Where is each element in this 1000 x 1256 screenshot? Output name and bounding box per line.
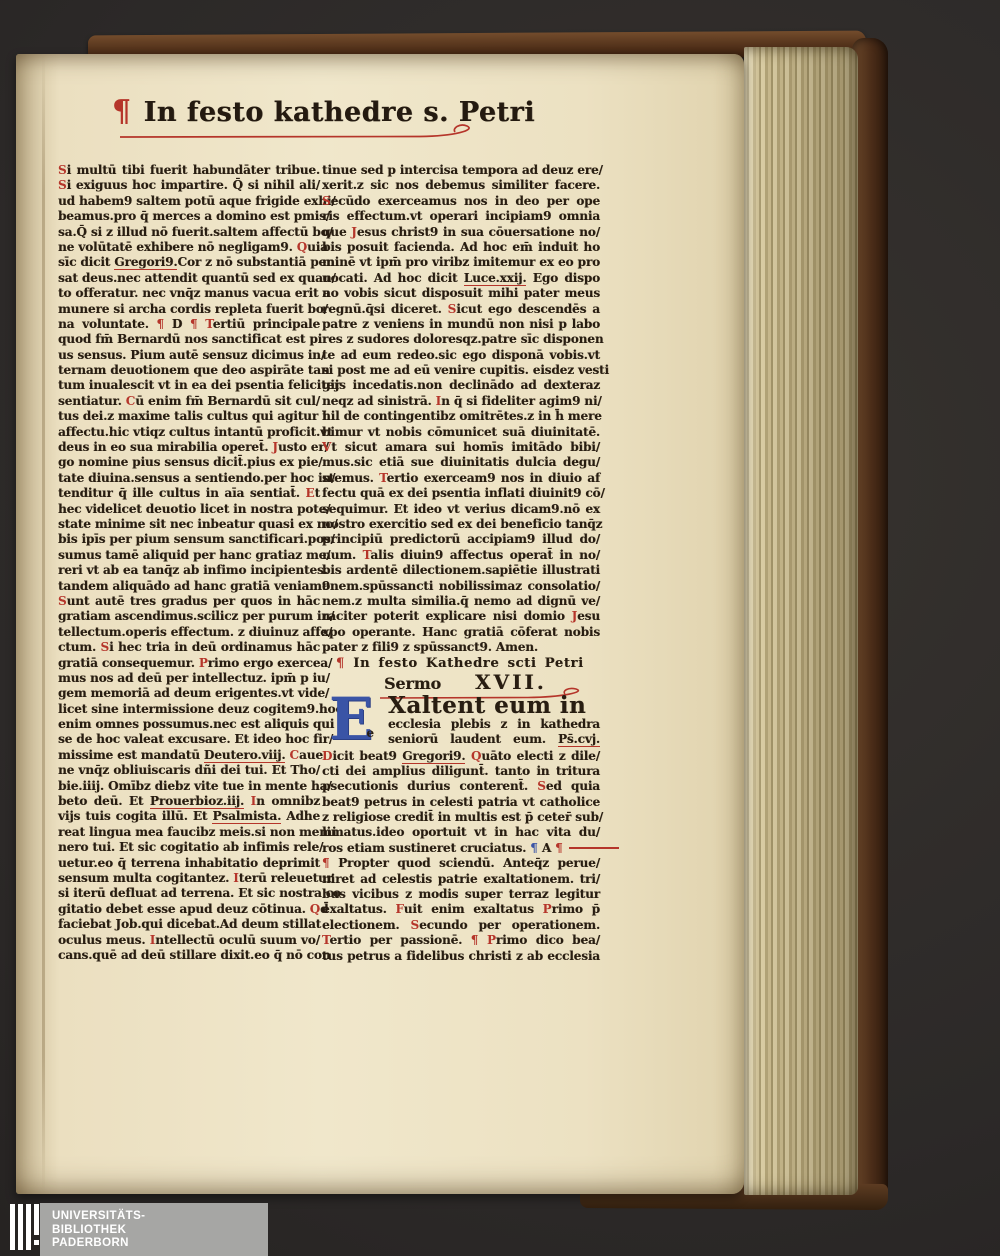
text-run: gratiā consequemur. — [58, 656, 199, 670]
text-run: bis posuit facienda. Ad hoc em̄ induit h… — [322, 240, 600, 254]
text-line: sensum multa cogitantez. Iterū releuetur — [58, 871, 320, 886]
text-run: P — [487, 933, 496, 947]
text-line: ros etiam sustineret cruciatus. ¶ A ¶ — [322, 841, 600, 856]
text-run: missime est mandatū — [58, 748, 204, 762]
text-run: t sicut amara sui homīs imitādo bibi/ — [331, 440, 600, 454]
text-run: que — [322, 225, 351, 239]
text-run: ne vnq̄z obliuiscaris dñi dei tui. Et Th… — [58, 763, 320, 777]
text-run: tate diuina.sensus a sentiendo.per hoc i… — [58, 471, 335, 485]
text-run: to offeratur. nec vnq̄z manus vacua erit… — [58, 286, 330, 300]
text-run: ne volūtatē exhibere nō negligam9. — [58, 240, 297, 254]
text-run: ntellectū oculū suum vo/ — [155, 933, 320, 947]
text-run: res z sudores doloresqz.patre sīc dispon… — [322, 332, 603, 346]
text-run: V — [322, 440, 331, 454]
text-line: num. Talis diuin9 affectus operat̄ in no… — [322, 548, 600, 563]
text-run: F — [396, 902, 404, 916]
text-run: i multū tibi fuerit habundāter tribue. — [67, 163, 320, 177]
text-run: S — [448, 302, 457, 316]
text-line: xerit.z sic nos debemus similiter facere… — [322, 178, 600, 193]
logo-bar — [26, 1204, 31, 1250]
logo-text-line1: UNIVERSITÄTS- — [52, 1210, 268, 1224]
text-run: uocati. Ad hoc dicit — [322, 271, 464, 285]
text-line: se de hoc valeat excusare. Et ideo hoc f… — [58, 732, 320, 747]
text-run: bie.iiij. Omībz diebz vite tue in mente … — [58, 779, 332, 793]
text-run: Adhe — [281, 809, 320, 823]
text-line: sequimur. Et ideo vt verius dicam9.nō ex — [322, 502, 600, 517]
text-run: ecundo per operationem. — [419, 918, 600, 932]
text-run: sensum multa cogitantez. — [58, 871, 233, 885]
digitized-book-photo: ¶In festo kathedre s. Petri Si multū tib… — [0, 0, 1000, 1256]
text-run: P — [199, 656, 208, 670]
text-run: C — [126, 394, 135, 408]
text-run: Ps̄.cvj. — [558, 732, 600, 747]
text-run: E — [305, 486, 314, 500]
text-line: reat lingua mea faucibz meis.si non memi — [58, 825, 320, 840]
text-run: bus vicibus z modis super terraz legitur — [322, 887, 600, 901]
text-run: sīc dicit — [58, 255, 114, 269]
page-gutter-crease — [42, 54, 45, 1194]
text-run: seniorū laudent eum. — [388, 732, 558, 746]
text-line: electionem. Secundo per operationem. — [322, 918, 600, 933]
text-run: sa.Q̄ si z illud nō fuerit.saltem affect… — [58, 225, 333, 239]
text-run: gitatio debet esse apud deuz cōtinua. — [58, 902, 310, 916]
text-run: n omnibz — [256, 794, 320, 808]
text-run: fectu quā ex dei psentia inflati diuinit… — [322, 486, 605, 500]
text-run: rimo dico bea/ — [496, 933, 600, 947]
text-line: bis posuit facienda. Ad hoc em̄ induit h… — [322, 240, 600, 255]
text-run: xpo operante. Hanc gratiā cōferat nobis — [322, 625, 600, 639]
text-run: ris effectum.vt operari incipiam9 omnia — [322, 209, 600, 223]
text-run: uit enim exaltatus — [404, 902, 543, 916]
text-line: bie.iiij. Omībz diebz vite tue in mente … — [58, 779, 320, 794]
text-run: Ego dispo — [526, 271, 600, 285]
text-line: cti dei amplius diligunt̄. tanto in trit… — [322, 764, 600, 779]
text-run: ¶ — [471, 933, 487, 947]
text-run: principiū predictorū accipiam9 illud do/ — [322, 532, 600, 546]
text-line: ternam deuotionem que deo aspirāte tan — [58, 363, 320, 378]
text-run: Q — [297, 240, 307, 254]
text-line: onem.spūssancti nobilissimaz consolatio/ — [322, 579, 600, 594]
text-line: tus dei.z maxime talis cultus qui agitur… — [58, 409, 320, 424]
text-run: tenditur q̄ ille cultus in aīa sentiat̄. — [58, 486, 305, 500]
text-run: te ad eum redeo.sic ego disponā vobis.vt — [322, 348, 600, 362]
text-run: beat9 petrus in celesti patria vt cathol… — [322, 795, 600, 809]
text-line: Sunt autē tres gradus per quos in hāc — [58, 594, 320, 609]
text-run: ecclesia plebis z in kathedra — [388, 717, 600, 731]
library-logo-bars-icon — [10, 1204, 39, 1250]
text-run: S — [101, 640, 110, 654]
text-line: nostro exercitio sed ex dei beneficio ta… — [322, 517, 600, 532]
text-line: Si multū tibi fuerit habundāter tribue. — [58, 163, 320, 178]
text-run: bis ipīs per pium sensum sanctificari.po… — [58, 532, 335, 546]
text-run: affectu.hic vtiqz cultus intantū profici… — [58, 425, 332, 439]
text-line: ecclesia plebis z in kathedra — [388, 717, 600, 732]
text-line: niret ad celestis patrie exaltationem. t… — [322, 872, 600, 887]
text-run: pater z fili9 z spūssanct9. Amen. — [322, 640, 538, 654]
text-run: ¶ — [530, 841, 542, 855]
text-run: ecūdo exerceamus nos in deo per ope — [331, 194, 600, 208]
text-line: us sensus. Pium autē sensuz dicimus in/ — [58, 348, 320, 363]
text-line: que Jesus christ9 in sua cōuersatione no… — [322, 225, 600, 240]
text-run: sumus tamē aliquid per hanc gratiaz me/ — [58, 548, 330, 562]
text-line: licet sine intermissione deuz cogitem9.h… — [58, 702, 320, 717]
text-run: us sensus. Pium autē sensuz dicimus in/ — [58, 348, 325, 362]
text-run: exaltatus. — [322, 902, 396, 916]
text-line: si post me ad eū venire cupitis. eisdez … — [322, 363, 600, 378]
text-run — [569, 847, 619, 849]
text-line: bimur vt nobis cōmunicet suā diuinitatē. — [322, 425, 600, 440]
text-run: esu — [577, 609, 600, 623]
text-run: nero tui. Et sic cogitatio ab infimis re… — [58, 840, 323, 854]
text-line: no vobis sicut disposuit mihi pater meus — [322, 286, 600, 301]
red-paragraph-mark: ¶ — [112, 94, 132, 129]
text-run: licet sine intermissione deuz cogitem9.h… — [58, 702, 343, 716]
text-run: munere si archa cordis repleta fuerit bo… — [58, 302, 328, 316]
text-run: enim omnes possumus.nec est aliquis qui — [58, 717, 334, 731]
text-line: enim omnes possumus.nec est aliquis qui — [58, 717, 320, 732]
text-line: Secūdo exerceamus nos in deo per ope — [322, 194, 600, 209]
text-run: C — [290, 748, 299, 762]
text-line: sat deus.nec attendit quantū sed ex quan… — [58, 271, 320, 286]
text-run: bimur vt nobis cōmunicet suā diuinitatē. — [322, 425, 600, 439]
guide-letter: e — [367, 727, 375, 739]
text-run: ternam deuotionem que deo aspirāte tan — [58, 363, 330, 377]
text-run: S — [537, 779, 546, 793]
logo-bar-column — [34, 1204, 39, 1245]
text-run: num. — [322, 548, 363, 562]
illuminated-initial: Ee — [320, 695, 382, 747]
page-stack-fore-edge — [744, 47, 858, 1195]
text-line: tandem aliquādo ad hanc gratiā veniam9 — [58, 579, 320, 594]
text-run: mus nos ad deū per intellectuz. ipm̄ p i… — [58, 671, 330, 685]
text-run: ros etiam sustineret cruciatus. — [322, 841, 530, 855]
text-run: xerit.z sic nos debemus similiter facere… — [322, 178, 600, 192]
initial-adjacent-lines: Xaltent eum inecclesia plebis z in kathe… — [388, 695, 600, 748]
text-line: to offeratur. nec vnq̄z manus vacua erit… — [58, 286, 320, 301]
text-run: Deutero.viij. — [204, 748, 286, 763]
text-run: i hec tria in deū ordinamus hāc — [109, 640, 320, 654]
text-line: oculus meus. Intellectū oculū suum vo/ — [58, 933, 320, 948]
text-run: tellectum.operis effectum. z diuinuz aff… — [58, 625, 332, 639]
text-run: ū enim fm̄ Bernardū sit cul/ — [135, 394, 320, 408]
text-line: Vt sicut amara sui homīs imitādo bibi/ — [322, 440, 600, 455]
text-run: cti dei amplius diligunt̄. tanto in trit… — [322, 764, 600, 778]
text-run: beamus.pro q̄ merces a domino est pmis/ — [58, 209, 330, 223]
text-run: tandem aliquādo ad hanc gratiā veniam9 — [58, 579, 330, 593]
text-run: gijs incedatis.non declinādo ad dexteraz — [322, 378, 600, 392]
text-run: stemus. — [322, 471, 379, 485]
text-line: munere si archa cordis repleta fuerit bo… — [58, 302, 320, 317]
text-line: xpo operante. Hanc gratiā cōferat nobis — [322, 625, 600, 640]
text-run: gem memoriā ad deum erigentes.vt vide/ — [58, 686, 329, 700]
text-line: reri vt ab ea tanq̄z ab infimo incipient… — [58, 563, 320, 578]
text-line: beamus.pro q̄ merces a domino est pmis/ — [58, 209, 320, 224]
text-line: tenditur q̄ ille cultus in aīa sentiat̄.… — [58, 486, 320, 501]
text-line: res z sudores doloresqz.patre sīc dispon… — [322, 332, 600, 347]
text-line: neqz ad sinistrā. In q̄ si fideliter agi… — [322, 394, 600, 409]
text-run: Prouerbioz.iij. — [150, 794, 244, 809]
text-line: gitatio debet esse apud deuz cōtinua. Qd… — [58, 902, 320, 917]
text-line: bis ipīs per pium sensum sanctificari.po… — [58, 532, 320, 547]
text-run: si iterū defluat ad terrena. Et sic nost… — [58, 886, 341, 900]
text-line: tellectum.operis effectum. z diuinuz aff… — [58, 625, 320, 640]
text-run: se de hoc valeat excusare. Et ideo hoc f… — [58, 732, 333, 746]
text-run: ¶ — [322, 856, 338, 870]
text-run: si post me ad eū venire cupitis. eisdez … — [322, 363, 609, 377]
text-run: Q — [310, 902, 320, 916]
text-line: z religiose credit̄ in multis est p̄ cet… — [322, 810, 600, 825]
library-logo-banner: UNIVERSITÄTS- BIBLIOTHEK PADERBORN — [40, 1203, 268, 1256]
text-line: missime est mandatū Deutero.viij. Caue — [58, 748, 320, 763]
text-line: ne vnq̄z obliuiscaris dñi dei tui. Et Th… — [58, 763, 320, 778]
text-run: reri vt ab ea tanq̄z ab infimo incipient… — [58, 563, 328, 577]
text-line: minē vt ipm̄ pro viribz imitemur ex eo p… — [322, 255, 600, 270]
text-run: electionem. — [322, 918, 411, 932]
text-run: icut ego descendēs a — [456, 302, 600, 316]
text-run: aue — [299, 748, 323, 762]
text-line: seniorū laudent eum. Ps̄.cvj. — [388, 732, 600, 747]
text-line: pater z fili9 z spūssanct9. Amen. — [322, 640, 600, 655]
text-run: P — [543, 902, 552, 916]
red-underline-flourish — [120, 127, 520, 147]
text-run: tus petrus a fidelibus christi z ab eccl… — [322, 949, 600, 963]
text-run: limatus.ideo oportuit vt in hac vita du/ — [322, 825, 600, 839]
text-run: S — [411, 918, 420, 932]
text-run: ¶ — [190, 317, 205, 331]
text-run: terū releuetur — [239, 871, 333, 885]
text-line: Xaltent eum in — [388, 695, 600, 717]
text-line: ne volūtatē exhibere nō negligam9. Quia — [58, 240, 320, 255]
text-run: hil de contingentibz omitrētes.z in h̄ m… — [322, 409, 602, 423]
text-run: esus christ9 in sua cōuersatione no/ — [357, 225, 600, 239]
text-line: exaltatus. Fuit enim exaltatus Primo p̄ — [322, 902, 600, 917]
text-run: hec videlicet deuotio licet in nostra po… — [58, 502, 330, 516]
text-line: bus vicibus z modis super terraz legitur — [322, 887, 600, 902]
text-line: sa.Q̄ si z illud nō fuerit.saltem affect… — [58, 225, 320, 240]
text-line: gijs incedatis.non declinādo ad dexteraz — [322, 378, 600, 393]
text-run: patre z veniens in mundū non nisi p labo — [322, 317, 600, 331]
text-run: z religiose credit̄ in multis est p̄ cet… — [322, 810, 603, 824]
text-line: mus nos ad deū per intellectuz. ipm̄ p i… — [58, 671, 320, 686]
sermon-feast-heading: ¶ In festo Kathedre scti Petri — [322, 656, 600, 671]
text-line: tus petrus a fidelibus christi z ab eccl… — [322, 949, 600, 964]
text-run: S — [58, 178, 67, 192]
column-left: Si multū tibi fuerit habundāter tribue.S… — [58, 163, 320, 963]
text-run: uetur.eo q̄ terrena inhabitatio deprimit — [58, 856, 320, 870]
text-line: cans.quē ad deū stillare dixit.eo q̄ nō … — [58, 948, 320, 963]
text-run: ertio exerceam9 nos in diuio af — [387, 471, 600, 485]
text-run: go nomine pius sensus dicit̄.pius ex pie… — [58, 455, 322, 469]
text-line: hec videlicet deuotio licet in nostra po… — [58, 502, 320, 517]
text-run: T — [205, 317, 212, 331]
text-run: S — [322, 194, 331, 208]
text-run: ¶ — [555, 841, 563, 855]
text-run: oculus meus. — [58, 933, 150, 947]
text-line: quod fm̄ Bernardū nos sanctificat est pi — [58, 332, 320, 347]
text-line: ¶ Propter quod sciendū. Anteq̄z perue/ — [322, 856, 600, 871]
text-line: vijs tuis cogita illū. Et Psalmista. Adh… — [58, 809, 320, 824]
text-run: regnū.q̄si diceret. — [322, 302, 448, 316]
text-run: tus dei.z maxime talis cultus qui agitur… — [58, 409, 327, 423]
page-heading: ¶In festo kathedre s. Petri — [112, 94, 572, 140]
text-line: tate diuina.sensus a sentiendo.per hoc i… — [58, 471, 320, 486]
text-line: affectu.hic vtiqz cultus intantū profici… — [58, 425, 320, 440]
text-line: psecutionis durius conterent̄. Sed quia — [322, 779, 600, 794]
text-run: Gregori9. — [402, 749, 465, 764]
text-run: neqz ad sinistrā. — [322, 394, 436, 408]
text-line: beto deū. Et Prouerbioz.iij. In omnibz — [58, 794, 320, 809]
text-run: Gregori9. — [114, 255, 177, 270]
text-line: gratiā consequemur. Primo ergo exercea/ — [58, 656, 320, 671]
column-right: tinue sed p intercisa tempora ad deuz er… — [322, 163, 600, 964]
text-run: A — [542, 841, 555, 855]
text-line: gratiam ascendimus.scilicz per purum in/ — [58, 609, 320, 624]
text-line: uetur.eo q̄ terrena inhabitatio deprimit — [58, 856, 320, 871]
text-run: S — [58, 594, 67, 608]
text-line: stemus. Tertio exerceam9 nos in diuio af — [322, 471, 600, 486]
text-run: niret ad celestis patrie exaltationem. t… — [322, 872, 600, 886]
text-run: deus in eo sua mirabilia operet̄. — [58, 440, 272, 454]
text-run: D — [172, 317, 190, 331]
text-line: nem.z multa similia.q̄ nemo ad dignū ve/ — [322, 594, 600, 609]
text-run: rimo ergo exercea/ — [208, 656, 332, 670]
text-run: ¶ — [157, 317, 172, 331]
text-run: mus.sic etiā sue diuinitatis dulcia degu… — [322, 455, 600, 469]
text-line: si iterū defluat ad terrena. Et sic nost… — [58, 886, 320, 901]
text-run: bis ardentē dilectionem.sapiētie illustr… — [322, 563, 600, 577]
text-run: alis diuin9 affectus operat̄ in no/ — [370, 548, 600, 562]
text-run: i exiguus hoc impartire. Q̄ si nihil ali… — [67, 178, 320, 192]
text-line: hil de contingentibz omitrētes.z in h̄ m… — [322, 409, 600, 424]
text-run: S — [58, 163, 67, 177]
text-run: rimo p̄ — [552, 902, 600, 916]
text-run: onem.spūssancti nobilissimaz consolatio/ — [322, 579, 600, 593]
text-run: n q̄ si fideliter agim9 ni/ — [441, 394, 602, 408]
text-line: bis ardentē dilectionem.sapiētie illustr… — [322, 563, 600, 578]
text-line: Si exiguus hoc impartire. Q̄ si nihil al… — [58, 178, 320, 193]
text-line: go nomine pius sensus dicit̄.pius ex pie… — [58, 455, 320, 470]
text-run: Q — [471, 749, 481, 763]
text-line: tum inualescit vt in ea dei psentia feli… — [58, 378, 320, 393]
text-run: faciebat Job.qui dicebat.Ad deum stillat — [58, 917, 321, 931]
text-run: ertiū principale — [213, 317, 320, 331]
text-line: ctum. Si hec tria in deū ordinamus hāc — [58, 640, 320, 655]
text-run: sentiatur. — [58, 394, 126, 408]
text-run: psecutionis durius conterent̄. — [322, 779, 537, 793]
text-line: tinue sed p intercisa tempora ad deuz er… — [322, 163, 600, 178]
text-run: Propter quod sciendū. Anteq̄z perue/ — [338, 856, 600, 870]
text-run: nem.z multa similia.q̄ nemo ad dignū ve/ — [322, 594, 600, 608]
text-line: te ad eum redeo.sic ego disponā vobis.vt — [322, 348, 600, 363]
text-run: uāto electi z dile/ — [481, 749, 600, 763]
text-line: fectu quā ex dei psentia inflati diuinit… — [322, 486, 600, 501]
text-line: regnū.q̄si diceret. Sicut ego descendēs … — [322, 302, 600, 317]
text-run: In festo Kathedre scti Petri — [353, 656, 584, 671]
logo-bar — [10, 1204, 15, 1250]
logo-bar — [18, 1204, 23, 1250]
text-run: unt autē tres gradus per quos in hāc — [67, 594, 320, 608]
text-run: ctum. — [58, 640, 101, 654]
page-heading-text: In festo kathedre s. Petri — [144, 97, 535, 128]
text-run: ed quia — [546, 779, 600, 793]
text-line: sumus tamē aliquid per hanc gratiaz me/ — [58, 548, 320, 563]
text-line: sīc dicit Gregori9.Cor z nō substantiā p… — [58, 255, 320, 270]
text-line: faciebat Job.qui dicebat.Ad deum stillat — [58, 917, 320, 932]
text-run: nostro exercitio sed ex dei beneficio ta… — [322, 517, 602, 531]
text-run: Xaltent eum in — [388, 692, 586, 719]
text-line: na voluntate. ¶ D ¶ Tertiū principale — [58, 317, 320, 332]
illuminated-initial-block: EeXaltent eum inecclesia plebis z in kat… — [322, 695, 600, 749]
text-run: Cor z nō substantiā pen — [177, 255, 334, 269]
text-line: patre z veniens in mundū non nisi p labo — [322, 317, 600, 332]
text-line: sentiatur. Cū enim fm̄ Bernardū sit cul/ — [58, 394, 320, 409]
text-run: quod fm̄ Bernardū nos sanctificat est pi — [58, 332, 322, 346]
text-run: t — [315, 486, 320, 500]
text-run: T — [379, 471, 386, 485]
text-run: gratiam ascendimus.scilicz per purum in/ — [58, 609, 334, 623]
text-run: na voluntate. — [58, 317, 157, 331]
logo-text-line2: BIBLIOTHEK — [52, 1224, 268, 1238]
text-run: state minime sit nec inbeatur quasi ex n… — [58, 517, 338, 531]
text-run: beto deū. Et — [58, 794, 150, 808]
text-line: limatus.ideo oportuit vt in hac vita du/ — [322, 825, 600, 840]
text-run: cans.quē ad deū stillare dixit.eo q̄ nō … — [58, 948, 330, 962]
text-run: vijs tuis cogita illū. Et — [58, 809, 212, 823]
text-run: sequimur. Et ideo vt verius dicam9.nō ex — [322, 502, 600, 516]
text-run: no vobis sicut disposuit mihi pater meus — [322, 286, 600, 300]
text-line: gem memoriā ad deum erigentes.vt vide/ — [58, 686, 320, 701]
logo-bar-short — [34, 1204, 39, 1235]
text-line: mus.sic etiā sue diuinitatis dulcia degu… — [322, 455, 600, 470]
text-run: minē vt ipm̄ pro viribz imitemur ex eo p… — [322, 255, 600, 269]
text-line: ris effectum.vt operari incipiam9 omnia — [322, 209, 600, 224]
book-page: ¶In festo kathedre s. Petri Si multū tib… — [16, 54, 744, 1194]
logo-text-line3: PADERBORN — [52, 1237, 268, 1251]
text-run: raciter poterit explicare nisi domio — [322, 609, 572, 623]
text-run: tum inualescit vt in ea dei psentia feli… — [58, 378, 340, 392]
text-run: ertio per passionē. — [329, 933, 470, 947]
text-run: tinue sed p intercisa tempora ad deuz er… — [322, 163, 603, 177]
text-run: Luce.xxij. — [464, 271, 527, 286]
text-line: principiū predictorū accipiam9 illud do/ — [322, 532, 600, 547]
text-line: uocati. Ad hoc dicit Luce.xxij. Ego disp… — [322, 271, 600, 286]
text-line: deus in eo sua mirabilia operet̄. Justo … — [58, 440, 320, 455]
text-run: ud habem9 saltem potū aque frigide exhi/ — [58, 194, 336, 208]
text-line: raciter poterit explicare nisi domio Jes… — [322, 609, 600, 624]
text-run: Psalmista. — [212, 809, 281, 824]
text-run: ¶ — [336, 656, 353, 671]
text-line: nero tui. Et sic cogitatio ab infimis re… — [58, 840, 320, 855]
text-line: ud habem9 saltem potū aque frigide exhi/ — [58, 194, 320, 209]
text-run: sat deus.nec attendit quantū sed ex quan… — [58, 271, 336, 285]
logo-dot — [34, 1240, 39, 1245]
text-line: state minime sit nec inbeatur quasi ex n… — [58, 517, 320, 532]
text-line: beat9 petrus in celesti patria vt cathol… — [322, 795, 600, 810]
text-line: Tertio per passionē. ¶ Primo dico bea/ — [322, 933, 600, 948]
text-run: reat lingua mea faucibz meis.si non memi — [58, 825, 336, 839]
